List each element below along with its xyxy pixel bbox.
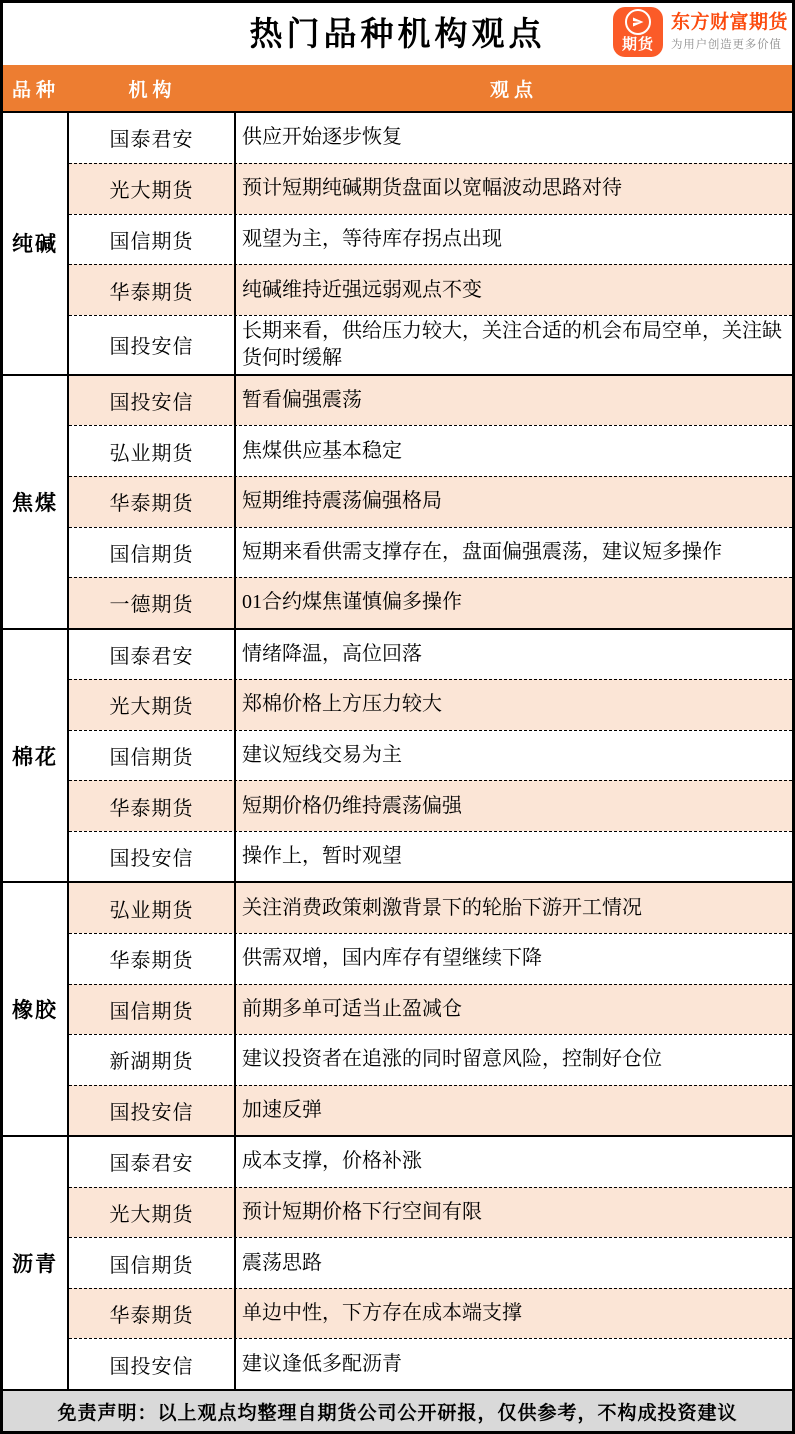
infographic-page: 热门品种机构观点 期货 东方财富期货 为用户创造更多价值 品种 机构 观点	[0, 0, 795, 1434]
view-cell: 前期多单可适当止盈减仓	[236, 985, 792, 1035]
view-cell: 成本支撑，价格补涨	[236, 1137, 792, 1187]
institution-cell: 光大期货	[69, 1188, 236, 1238]
table-row: 国信期货 建议短线交易为主	[69, 730, 792, 781]
table-row: 国泰君安 情绪降温，高位回落	[69, 630, 792, 680]
institution-cell: 弘业期货	[69, 883, 236, 933]
column-header-variety: 品种	[3, 75, 69, 102]
variety-group-asphalt: 沥青 国泰君安 成本支撑，价格补涨 光大期货 预计短期价格下行空间有限 国信期货…	[3, 1137, 792, 1391]
view-cell: 01合约煤焦谨慎偏多操作	[236, 578, 792, 628]
institution-cell: 华泰期货	[69, 477, 236, 527]
table-row: 光大期货 预计短期价格下行空间有限	[69, 1187, 792, 1238]
variety-group-soda-ash: 纯碱 国泰君安 供应开始逐步恢复 光大期货 预计短期纯碱期货盘面以宽幅波动思路对…	[3, 113, 792, 376]
table-row: 国投安信 暂看偏强震荡	[69, 376, 792, 426]
institution-cell: 华泰期货	[69, 265, 236, 315]
view-cell: 焦煤供应基本稳定	[236, 426, 792, 476]
table-row: 华泰期货 短期维持震荡偏强格局	[69, 476, 792, 527]
institution-cell: 华泰期货	[69, 781, 236, 831]
variety-cell: 沥青	[3, 1137, 69, 1389]
view-cell: 预计短期纯碱期货盘面以宽幅波动思路对待	[236, 164, 792, 214]
institution-cell: 国投安信	[69, 1086, 236, 1136]
table-row: 光大期货 郑棉价格上方压力较大	[69, 679, 792, 730]
institution-cell: 新湖期货	[69, 1035, 236, 1085]
variety-cell: 纯碱	[3, 113, 69, 374]
table-row: 光大期货 预计短期纯碱期货盘面以宽幅波动思路对待	[69, 163, 792, 214]
table-row: 一德期货 01合约煤焦谨慎偏多操作	[69, 577, 792, 628]
group-rows: 国泰君安 供应开始逐步恢复 光大期货 预计短期纯碱期货盘面以宽幅波动思路对待 国…	[69, 113, 792, 374]
view-cell: 供需双增，国内库存有望继续下降	[236, 934, 792, 984]
institution-cell: 弘业期货	[69, 426, 236, 476]
institution-cell: 国投安信	[69, 1339, 236, 1389]
institution-cell: 国信期货	[69, 985, 236, 1035]
view-cell: 长期来看，供给压力较大，关注合适的机会布局空单，关注缺货何时缓解	[236, 316, 792, 374]
table-header-row: 品种 机构 观点	[3, 65, 792, 113]
table-row: 国信期货 观望为主，等待库存拐点出现	[69, 214, 792, 265]
variety-group-rubber: 橡胶 弘业期货 关注消费政策刺激背景下的轮胎下游开工情况 华泰期货 供需双增，国…	[3, 883, 792, 1137]
institution-cell: 国泰君安	[69, 113, 236, 163]
table-row: 国投安信 操作上，暂时观望	[69, 831, 792, 882]
table-row: 弘业期货 关注消费政策刺激背景下的轮胎下游开工情况	[69, 883, 792, 933]
table-row: 新湖期货 建议投资者在追涨的同时留意风险，控制好仓位	[69, 1034, 792, 1085]
view-cell: 纯碱维持近强远弱观点不变	[236, 265, 792, 315]
institution-cell: 国投安信	[69, 376, 236, 426]
view-cell: 预计短期价格下行空间有限	[236, 1188, 792, 1238]
brand-logo: 期货 东方财富期货 为用户创造更多价值	[613, 7, 788, 57]
table-row: 国泰君安 成本支撑，价格补涨	[69, 1137, 792, 1187]
view-cell: 观望为主，等待库存拐点出现	[236, 215, 792, 265]
brand-text-block: 东方财富期货 为用户创造更多价值	[671, 12, 788, 52]
view-cell: 建议短线交易为主	[236, 731, 792, 781]
view-cell: 单边中性，下方存在成本端支撑	[236, 1289, 792, 1339]
institution-cell: 光大期货	[69, 164, 236, 214]
column-header-view: 观点	[236, 75, 792, 102]
view-cell: 建议投资者在追涨的同时留意风险，控制好仓位	[236, 1035, 792, 1085]
view-cell: 短期来看供需支撑存在，盘面偏强震荡，建议短多操作	[236, 528, 792, 578]
view-cell: 情绪降温，高位回落	[236, 630, 792, 680]
disclaimer-bar: 免责声明：以上观点均整理自期货公司公开研报，仅供参考，不构成投资建议	[3, 1391, 792, 1431]
table-row: 华泰期货 纯碱维持近强远弱观点不变	[69, 264, 792, 315]
variety-cell: 焦煤	[3, 376, 69, 628]
paper-plane-icon	[625, 9, 651, 35]
table-row: 国信期货 前期多单可适当止盈减仓	[69, 984, 792, 1035]
variety-cell: 橡胶	[3, 883, 69, 1135]
institution-cell: 国泰君安	[69, 1137, 236, 1187]
group-rows: 国投安信 暂看偏强震荡 弘业期货 焦煤供应基本稳定 华泰期货 短期维持震荡偏强格…	[69, 376, 792, 628]
brand-name: 东方财富期货	[671, 12, 788, 34]
app-icon-label: 期货	[622, 35, 654, 54]
view-cell: 郑棉价格上方压力较大	[236, 680, 792, 730]
title-bar: 热门品种机构观点 期货 东方财富期货 为用户创造更多价值	[3, 3, 792, 65]
view-cell: 加速反弹	[236, 1086, 792, 1136]
institution-cell: 国信期货	[69, 1238, 236, 1288]
table-body: 纯碱 国泰君安 供应开始逐步恢复 光大期货 预计短期纯碱期货盘面以宽幅波动思路对…	[3, 113, 792, 1391]
table-row: 国投安信 加速反弹	[69, 1085, 792, 1136]
institution-cell: 光大期货	[69, 680, 236, 730]
table-row: 弘业期货 焦煤供应基本稳定	[69, 425, 792, 476]
variety-cell: 棉花	[3, 630, 69, 882]
table-row: 国信期货 短期来看供需支撑存在，盘面偏强震荡，建议短多操作	[69, 527, 792, 578]
institution-cell: 华泰期货	[69, 1289, 236, 1339]
variety-group-cotton: 棉花 国泰君安 情绪降温，高位回落 光大期货 郑棉价格上方压力较大 国信期货 建…	[3, 630, 792, 884]
view-cell: 震荡思路	[236, 1238, 792, 1288]
brand-slogan: 为用户创造更多价值	[671, 38, 788, 52]
futures-app-icon: 期货	[613, 7, 663, 57]
column-header-institution: 机构	[69, 75, 236, 102]
view-cell: 短期价格仍维持震荡偏强	[236, 781, 792, 831]
view-cell: 关注消费政策刺激背景下的轮胎下游开工情况	[236, 883, 792, 933]
view-cell: 暂看偏强震荡	[236, 376, 792, 426]
table-row: 国泰君安 供应开始逐步恢复	[69, 113, 792, 163]
institution-cell: 国信期货	[69, 731, 236, 781]
institution-cell: 国投安信	[69, 316, 236, 374]
institution-cell: 国信期货	[69, 215, 236, 265]
table-row: 国投安信 建议逢低多配沥青	[69, 1338, 792, 1389]
institution-cell: 一德期货	[69, 578, 236, 628]
group-rows: 弘业期货 关注消费政策刺激背景下的轮胎下游开工情况 华泰期货 供需双增，国内库存…	[69, 883, 792, 1135]
view-cell: 供应开始逐步恢复	[236, 113, 792, 163]
table-row: 华泰期货 单边中性，下方存在成本端支撑	[69, 1288, 792, 1339]
view-cell: 建议逢低多配沥青	[236, 1339, 792, 1389]
group-rows: 国泰君安 成本支撑，价格补涨 光大期货 预计短期价格下行空间有限 国信期货 震荡…	[69, 1137, 792, 1389]
table-row: 国投安信 长期来看，供给压力较大，关注合适的机会布局空单，关注缺货何时缓解	[69, 315, 792, 374]
view-cell: 短期维持震荡偏强格局	[236, 477, 792, 527]
view-cell: 操作上，暂时观望	[236, 832, 792, 882]
group-rows: 国泰君安 情绪降温，高位回落 光大期货 郑棉价格上方压力较大 国信期货 建议短线…	[69, 630, 792, 882]
institution-cell: 国信期货	[69, 528, 236, 578]
table-row: 国信期货 震荡思路	[69, 1237, 792, 1288]
institution-cell: 国泰君安	[69, 630, 236, 680]
institution-cell: 华泰期货	[69, 934, 236, 984]
table-row: 华泰期货 供需双增，国内库存有望继续下降	[69, 933, 792, 984]
table-row: 华泰期货 短期价格仍维持震荡偏强	[69, 780, 792, 831]
institution-cell: 国投安信	[69, 832, 236, 882]
variety-group-coking-coal: 焦煤 国投安信 暂看偏强震荡 弘业期货 焦煤供应基本稳定 华泰期货 短期维持震荡…	[3, 376, 792, 630]
